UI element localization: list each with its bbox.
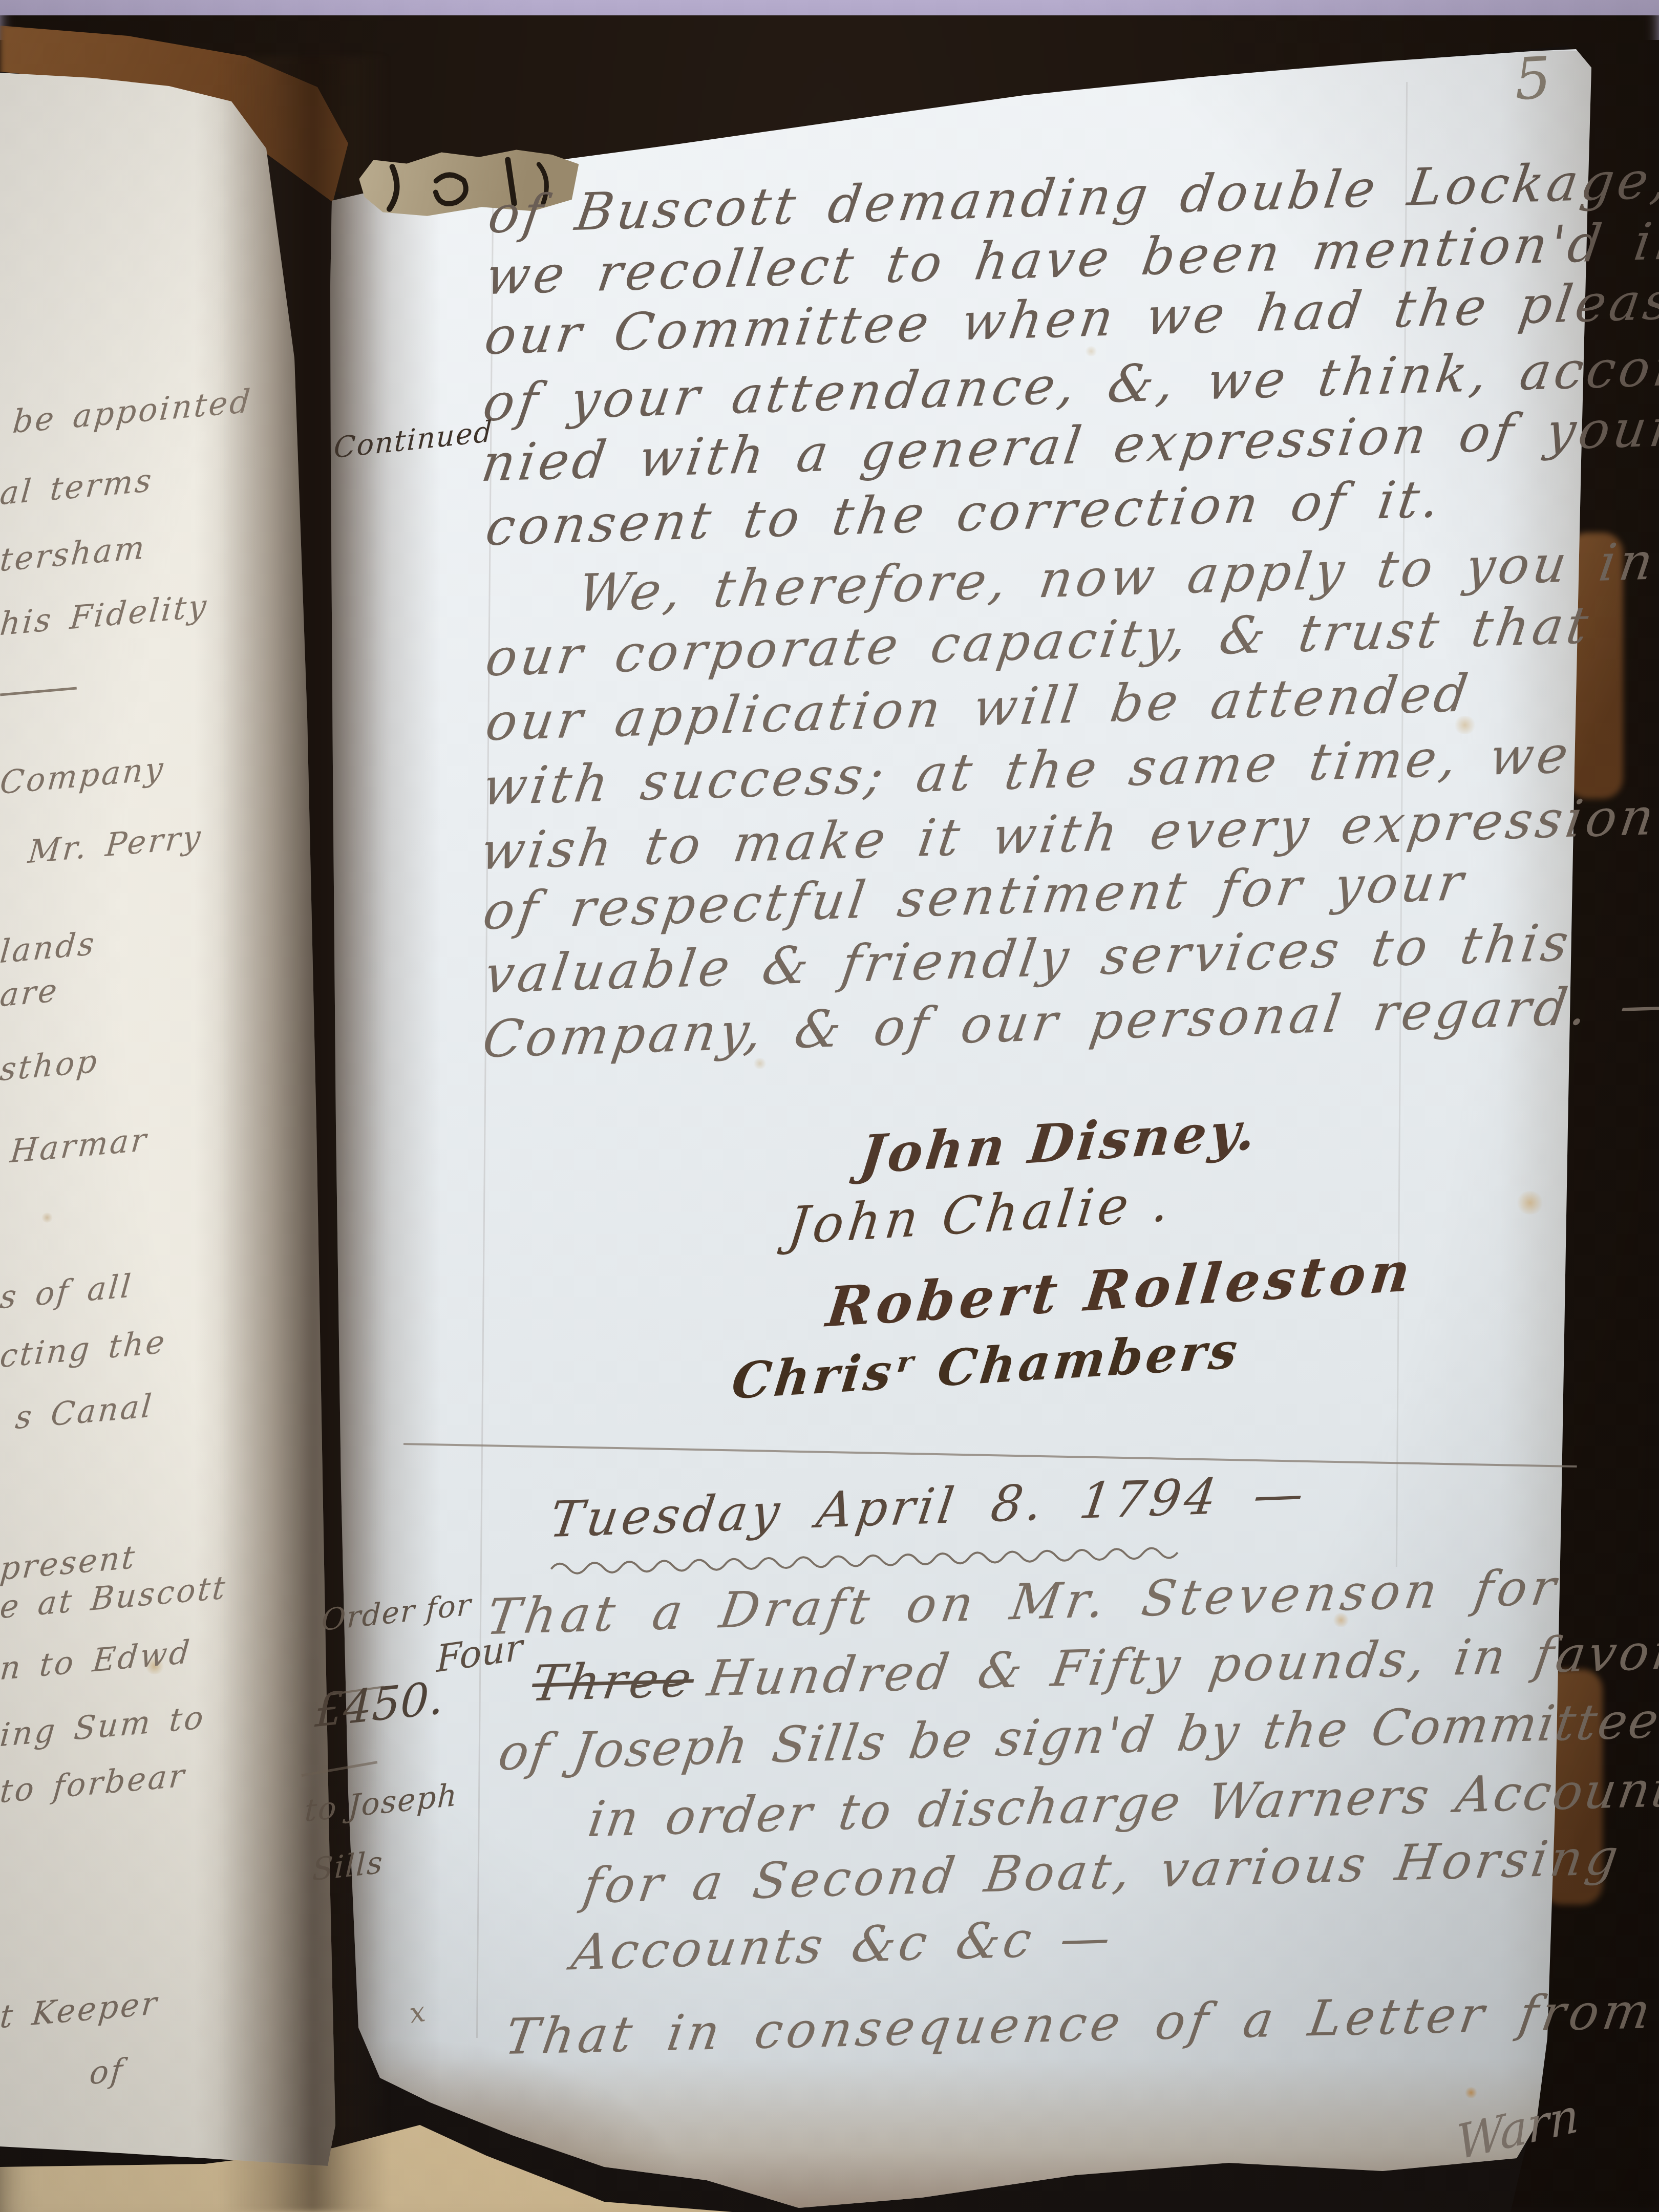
- struck-word: Three: [528, 1650, 698, 1712]
- foxing-spot: [41, 1213, 53, 1223]
- gutter-shadow: [220, 56, 389, 2212]
- foxing-spot: [1464, 2087, 1478, 2098]
- left-fragment: are: [0, 974, 60, 1012]
- minute-line: Accounts &c &c —: [569, 1912, 1117, 1977]
- minute-margin-amount: £450.: [314, 1675, 444, 1734]
- left-fragment: sthop: [0, 1045, 100, 1086]
- minute-book-photograph: be appointed al terms tersham his Fideli…: [0, 0, 1659, 2212]
- minute-margin-note: Sills: [312, 1847, 384, 1885]
- page-number: 5: [1513, 49, 1552, 109]
- left-fragment: lands: [0, 927, 97, 968]
- left-fragment: of: [88, 2054, 126, 2090]
- foxing-spot: [1516, 1191, 1544, 1215]
